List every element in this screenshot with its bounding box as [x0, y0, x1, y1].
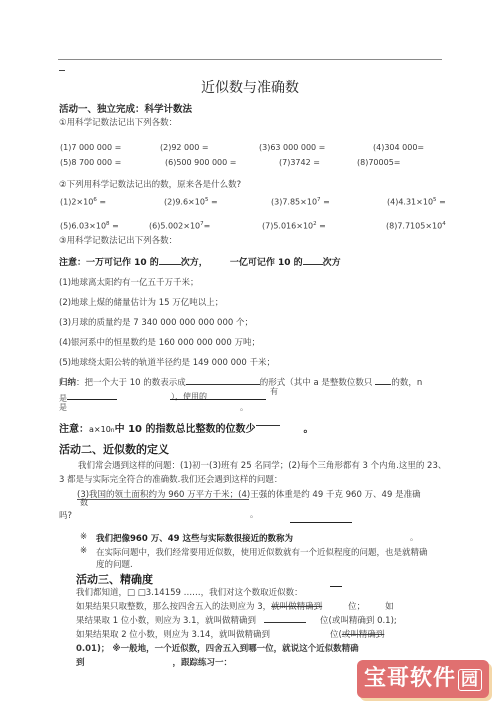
summary-fragment: ），使用的 [171, 391, 207, 402]
q1-item: (4)304 000= [373, 143, 424, 152]
q1-item: (6)500 900 000 = [165, 158, 236, 167]
answer-blank[interactable] [264, 618, 306, 623]
header-rule [58, 59, 442, 60]
answer-blank[interactable] [170, 399, 266, 400]
activity2-paragraph: 吗? [59, 509, 72, 521]
q2-item: (7)5.016×102 = [262, 221, 326, 231]
answer-blank[interactable] [375, 376, 391, 385]
q1-item: (2)92 000 = [160, 143, 209, 152]
q3-item: (5)地球绕太阳公转的轨道半径约是 149 000 000 千米； [59, 356, 275, 368]
note-power-of-ten: 注意：一万可记作 10 的次方，一亿可记作 10 的次方 [59, 255, 341, 268]
q1-item: (3)63 000 000 = [259, 143, 325, 152]
activity2-note: 度的问题. [96, 558, 133, 570]
summary-line: 归纳：把一个大于 10 的数表示成的形式（其中 a 是整数位数只的数，n [59, 376, 422, 388]
answer-blank[interactable] [186, 376, 260, 385]
q2-item: (2)9.6×105 = [164, 197, 218, 207]
q2-item: (6)5.002×107= [149, 221, 210, 231]
answer-blank[interactable] [67, 399, 117, 400]
underline [77, 499, 249, 500]
header-dash [59, 70, 65, 71]
activity2-paragraph: 数 [80, 497, 88, 508]
summary-fragment: 有 [270, 386, 278, 397]
q1-item: (5)8 700 000 = [60, 158, 121, 167]
q1-item: (8)70005= [357, 158, 400, 167]
q2-item: (4)4.31×105 = [387, 197, 446, 207]
activity2-note: 在实际问题中，我们经常要用近似数，使用近似数就有一个近似程度的问题，也是就精确 [96, 546, 428, 558]
q2-item: (8)7.7105×104 [386, 221, 446, 231]
answer-blank[interactable] [290, 522, 352, 523]
answer-blank[interactable] [256, 420, 280, 426]
q2-prompt: ②下列用科学记数法记出的数，原来各是什么数? [59, 178, 241, 190]
q3-item: (3)月球的质量约是 7 340 000 000 000 000 个； [59, 316, 253, 328]
q2-item: (3)7.85×107 = [271, 197, 330, 207]
activity3-line: 到，跟踪练习一： [76, 656, 232, 668]
answer-blank[interactable] [159, 256, 181, 265]
reference-mark-icon: ※ [80, 546, 87, 556]
q2-item: (1)2×106 = [60, 197, 106, 207]
summary-fragment: 。 [240, 402, 248, 413]
activity3-line: 果结果取 1 位小数，则应为 3.1，就叫做精确到位(或叫精确到 0.1); [76, 614, 397, 626]
activity3-line: 我们都知道，□ □3.14159 ……，我们对这个数取近似数： [76, 586, 303, 598]
activity2-heading: 活动二、近似数的定义 [59, 441, 169, 457]
activity3-line: 0.01)； ※一般地，一个近似数，四舍五入到哪一位，就说这个近似数精确 [76, 642, 359, 654]
q1-item: (1)7 000 000 = [60, 143, 121, 152]
document-page: 近似数与准确数 活动一、独立完成：科学计数法 ①用科学记数法记出下列各数： (1… [0, 0, 500, 707]
activity2-paragraph: 我们常会遇到这样的问题：(1)初一(3)班有 25 名同学；(2)每个三角形都有… [78, 459, 446, 471]
period: 。 [410, 532, 418, 543]
answer-blank[interactable] [330, 586, 342, 587]
definition-approximate: 我们把像960 万、49 这些与实际数很接近的数称为 [96, 532, 293, 544]
document-title: 近似数与准确数 [0, 77, 500, 97]
q3-item: (2)地球上煤的储量估计为 15 万亿吨以上； [59, 296, 223, 308]
activity3-line: 如果结果取 2 位小数，则应为 3.14，就叫做精确到位(或叫精确到 [76, 628, 384, 640]
summary-fragment: 是 [59, 402, 67, 413]
note-exponent: 注意：a×10n中 10 的指数总比整数的位数少。 [59, 420, 314, 435]
q1-item: (7)3742 = [279, 158, 320, 167]
answer-blank[interactable] [303, 256, 323, 265]
watermark-badge: 宝哥软件园 [357, 660, 489, 698]
reference-mark-icon: ※ [80, 532, 87, 542]
q3-item: (4)银河系中的恒星数约是 160 000 000 000 万吨； [59, 336, 260, 348]
period: 。 [250, 509, 258, 520]
q3-prompt: ③用科学记数法记出下列各数： [59, 234, 177, 246]
activity3-line: 如果结果只取整数，那么按四舍五入的法则应为 3，就叫做精确到位；如 [76, 600, 394, 612]
activity1-heading: 活动一、独立完成：科学计数法 [59, 101, 192, 115]
activity3-heading: 活动三、精确度 [76, 571, 153, 587]
q1-prompt: ①用科学记数法记出下列各数： [59, 116, 177, 128]
q3-item: (1)地球离太阳约有一亿五千万千米； [59, 276, 199, 288]
q2-item: (5)6.03×108 = [60, 221, 119, 231]
activity2-paragraph: 3 都是与实际完全符合的准确数.我们还会遇到这样的问题： [59, 473, 282, 485]
